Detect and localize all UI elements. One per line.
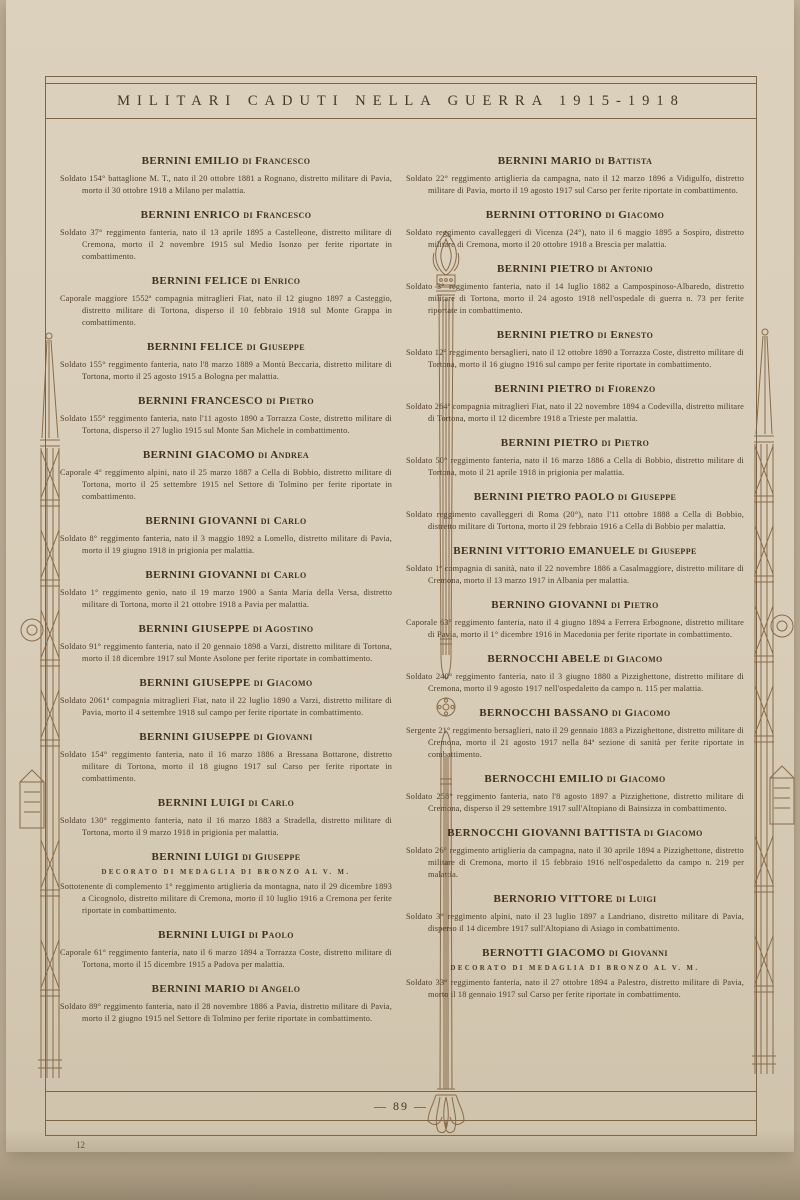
page-header-band: MILITARI CADUTI NELLA GUERRA 1915-1918: [46, 83, 756, 119]
memorial-entry: BERNINI MARIO di Angelo Soldato 89° regg…: [60, 983, 392, 1025]
memorial-entry: BERNOCCHI BASSANO di Giacomo Sergente 21…: [406, 707, 744, 761]
entry-body: Soldato reggimento cavalleggeri di Vicen…: [406, 227, 744, 251]
entry-body: Soldato 91° reggimento fanteria, nato il…: [60, 641, 392, 665]
entry-name: BERNINI GIOVANNI di Carlo: [60, 515, 392, 528]
entry-name: BERNINI LUIGI di Carlo: [60, 797, 392, 810]
entry-name: BERNINI GIUSEPPE di Giovanni: [60, 731, 392, 744]
entry-decoration: DECORATO DI MEDAGLIA DI BRONZO AL V. M.: [406, 965, 744, 972]
page-footer-band: — 89 —: [46, 1091, 756, 1121]
memorial-entry: BERNOTTI GIACOMO di Giovanni DECORATO DI…: [406, 947, 744, 1001]
entry-body: Caporale 63° reggimento fanteria, nato i…: [406, 617, 744, 641]
memorial-entry: BERNINI ENRICO di Francesco Soldato 37° …: [60, 209, 392, 263]
entry-body: Soldato 240° reggimento fanteria, nato i…: [406, 671, 744, 695]
memorial-entry: BERNINI FELICE di Enrico Caporale maggio…: [60, 275, 392, 329]
entry-body: Sergente 21° reggimento bersaglieri, nat…: [406, 725, 744, 761]
entry-body: Soldato 3° reggimento alpini, nato il 23…: [406, 911, 744, 935]
signature-mark: 12: [76, 1140, 85, 1150]
entry-body: Soldato 154° reggimento fanteria, nato i…: [60, 749, 392, 785]
memorial-entry: BERNINI FRANCESCO di Pietro Soldato 155°…: [60, 395, 392, 437]
memorial-entry: BERNINI PIETRO di Pietro Soldato 50° reg…: [406, 437, 744, 479]
entry-body: Soldato reggimento cavalleggeri di Roma …: [406, 509, 744, 533]
entry-body: Soldato 1ª compagnia di sanità, nato il …: [406, 563, 744, 587]
entry-body: Soldato 37° reggimento fanteria, nato il…: [60, 227, 392, 263]
memorial-entry: BERNINI MARIO di Battista Soldato 22° re…: [406, 155, 744, 197]
entry-body: Soldato 130° reggimento fanteria, nato i…: [60, 815, 392, 839]
entry-name: BERNINI PIETRO di Ernesto: [406, 329, 744, 342]
entry-name: BERNINI VITTORIO EMANUELE di Giuseppe: [406, 545, 744, 558]
entry-body: Soldato 155° reggimento fanteria, nato l…: [60, 359, 392, 383]
page-frame: MILITARI CADUTI NELLA GUERRA 1915-1918 B…: [45, 76, 757, 1136]
entry-name: BERNINI FELICE di Enrico: [60, 275, 392, 288]
entry-name: BERNOCCHI ABELE di Giacomo: [406, 653, 744, 666]
memorial-entry: BERNOCCHI ABELE di Giacomo Soldato 240° …: [406, 653, 744, 695]
memorial-entry: BERNINI EMILIO di Francesco Soldato 154°…: [60, 155, 392, 197]
entry-body: Soldato 12° reggimento bersaglieri, nato…: [406, 347, 744, 371]
entry-name: BERNINI LUIGI di Giuseppe: [60, 851, 392, 864]
memorial-entry: BERNINI OTTORINO di Giacomo Soldato regg…: [406, 209, 744, 251]
memorial-entry: BERNINI LUIGI di Giuseppe DECORATO DI ME…: [60, 851, 392, 917]
entry-name: BERNINO GIOVANNI di Pietro: [406, 599, 744, 612]
entry-body: Soldato 22° reggimento artiglieria da ca…: [406, 173, 744, 197]
left-column: BERNINI EMILIO di Francesco Soldato 154°…: [60, 155, 392, 1037]
memorial-entry: BERNORIO VITTORE di Luigi Soldato 3° reg…: [406, 893, 744, 935]
entry-body: Soldato 26° reggimento artiglieria da ca…: [406, 845, 744, 881]
entry-body: Soldato 50° reggimento fanteria, nato il…: [406, 455, 744, 479]
entry-decoration: DECORATO DI MEDAGLIA DI BRONZO AL V. M.: [60, 869, 392, 876]
memorial-entry: BERNINI GIOVANNI di Carlo Soldato 1° reg…: [60, 569, 392, 611]
entry-name: BERNINI MARIO di Battista: [406, 155, 744, 168]
entry-body: Sottotenente di complemento 1° reggiment…: [60, 881, 392, 917]
entry-name: BERNOCCHI EMILIO di Giacomo: [406, 773, 744, 786]
entry-name: BERNINI GIACOMO di Andrea: [60, 449, 392, 462]
entry-name: BERNINI MARIO di Angelo: [60, 983, 392, 996]
entry-name: BERNOCCHI GIOVANNI BATTISTA di Giacomo: [406, 827, 744, 840]
entry-body: Soldato 3° reggimento fanteria, nato il …: [406, 281, 744, 317]
right-column: BERNINI MARIO di Battista Soldato 22° re…: [406, 155, 744, 1013]
memorial-entry: BERNINI PIETRO PAOLO di Giuseppe Soldato…: [406, 491, 744, 533]
entry-body: Soldato 154° battaglione M. T., nato il …: [60, 173, 392, 197]
entry-name: BERNINI PIETRO di Antonio: [406, 263, 744, 276]
entry-body: Caporale 4° reggimento alpini, nato il 2…: [60, 467, 392, 503]
entry-body: Caporale maggiore 1552ª compagnia mitrag…: [60, 293, 392, 329]
entry-body: Soldato 2061ª compagnia mitraglieri Fiat…: [60, 695, 392, 719]
entry-name: BERNINI GIUSEPPE di Agostino: [60, 623, 392, 636]
scanned-book-page: { "page": { "title": "MILITARI CADUTI NE…: [0, 0, 800, 1200]
entry-body: Soldato 89° reggimento fanteria, nato il…: [60, 1001, 392, 1025]
entry-body: Soldato 264ª compagnia mitraglieri Fiat,…: [406, 401, 744, 425]
entry-body: Soldato 258° reggimento fanteria, nato l…: [406, 791, 744, 815]
entry-name: BERNINI PIETRO PAOLO di Giuseppe: [406, 491, 744, 504]
memorial-entry: BERNINI PIETRO di Fiorenzo Soldato 264ª …: [406, 383, 744, 425]
entry-name: BERNINI PIETRO di Fiorenzo: [406, 383, 744, 396]
memorial-entry: BERNINI PIETRO di Ernesto Soldato 12° re…: [406, 329, 744, 371]
memorial-entry: BERNINI GIUSEPPE di Giovanni Soldato 154…: [60, 731, 392, 785]
memorial-entry: BERNINI GIOVANNI di Carlo Soldato 8° reg…: [60, 515, 392, 557]
memorial-entry: BERNINO GIOVANNI di Pietro Caporale 63° …: [406, 599, 744, 641]
entry-name: BERNINI ENRICO di Francesco: [60, 209, 392, 222]
memorial-entry: BERNINI GIUSEPPE di Agostino Soldato 91°…: [60, 623, 392, 665]
entry-name: BERNOTTI GIACOMO di Giovanni: [406, 947, 744, 960]
entry-body: Soldato 33° reggimento fanteria, nato il…: [406, 977, 744, 1001]
entry-name: BERNINI FRANCESCO di Pietro: [60, 395, 392, 408]
entry-body: Soldato 1° reggimento genio, nato il 19 …: [60, 587, 392, 611]
memorial-entry: BERNINI GIUSEPPE di Giacomo Soldato 2061…: [60, 677, 392, 719]
entry-name: BERNINI GIUSEPPE di Giacomo: [60, 677, 392, 690]
book-page: MILITARI CADUTI NELLA GUERRA 1915-1918 B…: [6, 0, 794, 1152]
memorial-entry: BERNINI GIACOMO di Andrea Caporale 4° re…: [60, 449, 392, 503]
memorial-entry: BERNINI LUIGI di Carlo Soldato 130° regg…: [60, 797, 392, 839]
entry-name: BERNINI EMILIO di Francesco: [60, 155, 392, 168]
entry-name: BERNINI PIETRO di Pietro: [406, 437, 744, 450]
entry-name: BERNORIO VITTORE di Luigi: [406, 893, 744, 906]
entry-name: BERNOCCHI BASSANO di Giacomo: [406, 707, 744, 720]
entry-name: BERNINI GIOVANNI di Carlo: [60, 569, 392, 582]
entry-body: Soldato 8° reggimento fanteria, nato il …: [60, 533, 392, 557]
entry-body: Soldato 155° reggimento fanteria, nato l…: [60, 413, 392, 437]
memorial-entry: BERNINI PIETRO di Antonio Soldato 3° reg…: [406, 263, 744, 317]
page-title: MILITARI CADUTI NELLA GUERRA 1915-1918: [117, 93, 685, 110]
memorial-entry: BERNOCCHI GIOVANNI BATTISTA di Giacomo S…: [406, 827, 744, 881]
memorial-entry: BERNINI LUIGI di Paolo Caporale 61° regg…: [60, 929, 392, 971]
entry-name: BERNINI LUIGI di Paolo: [60, 929, 392, 942]
page-number: — 89 —: [374, 1099, 428, 1114]
memorial-entry: BERNINI FELICE di Giuseppe Soldato 155° …: [60, 341, 392, 383]
entry-name: BERNINI OTTORINO di Giacomo: [406, 209, 744, 222]
entry-name: BERNINI FELICE di Giuseppe: [60, 341, 392, 354]
memorial-entry: BERNINI VITTORIO EMANUELE di Giuseppe So…: [406, 545, 744, 587]
entry-body: Caporale 61° reggimento fanteria, nato i…: [60, 947, 392, 971]
memorial-entry: BERNOCCHI EMILIO di Giacomo Soldato 258°…: [406, 773, 744, 815]
